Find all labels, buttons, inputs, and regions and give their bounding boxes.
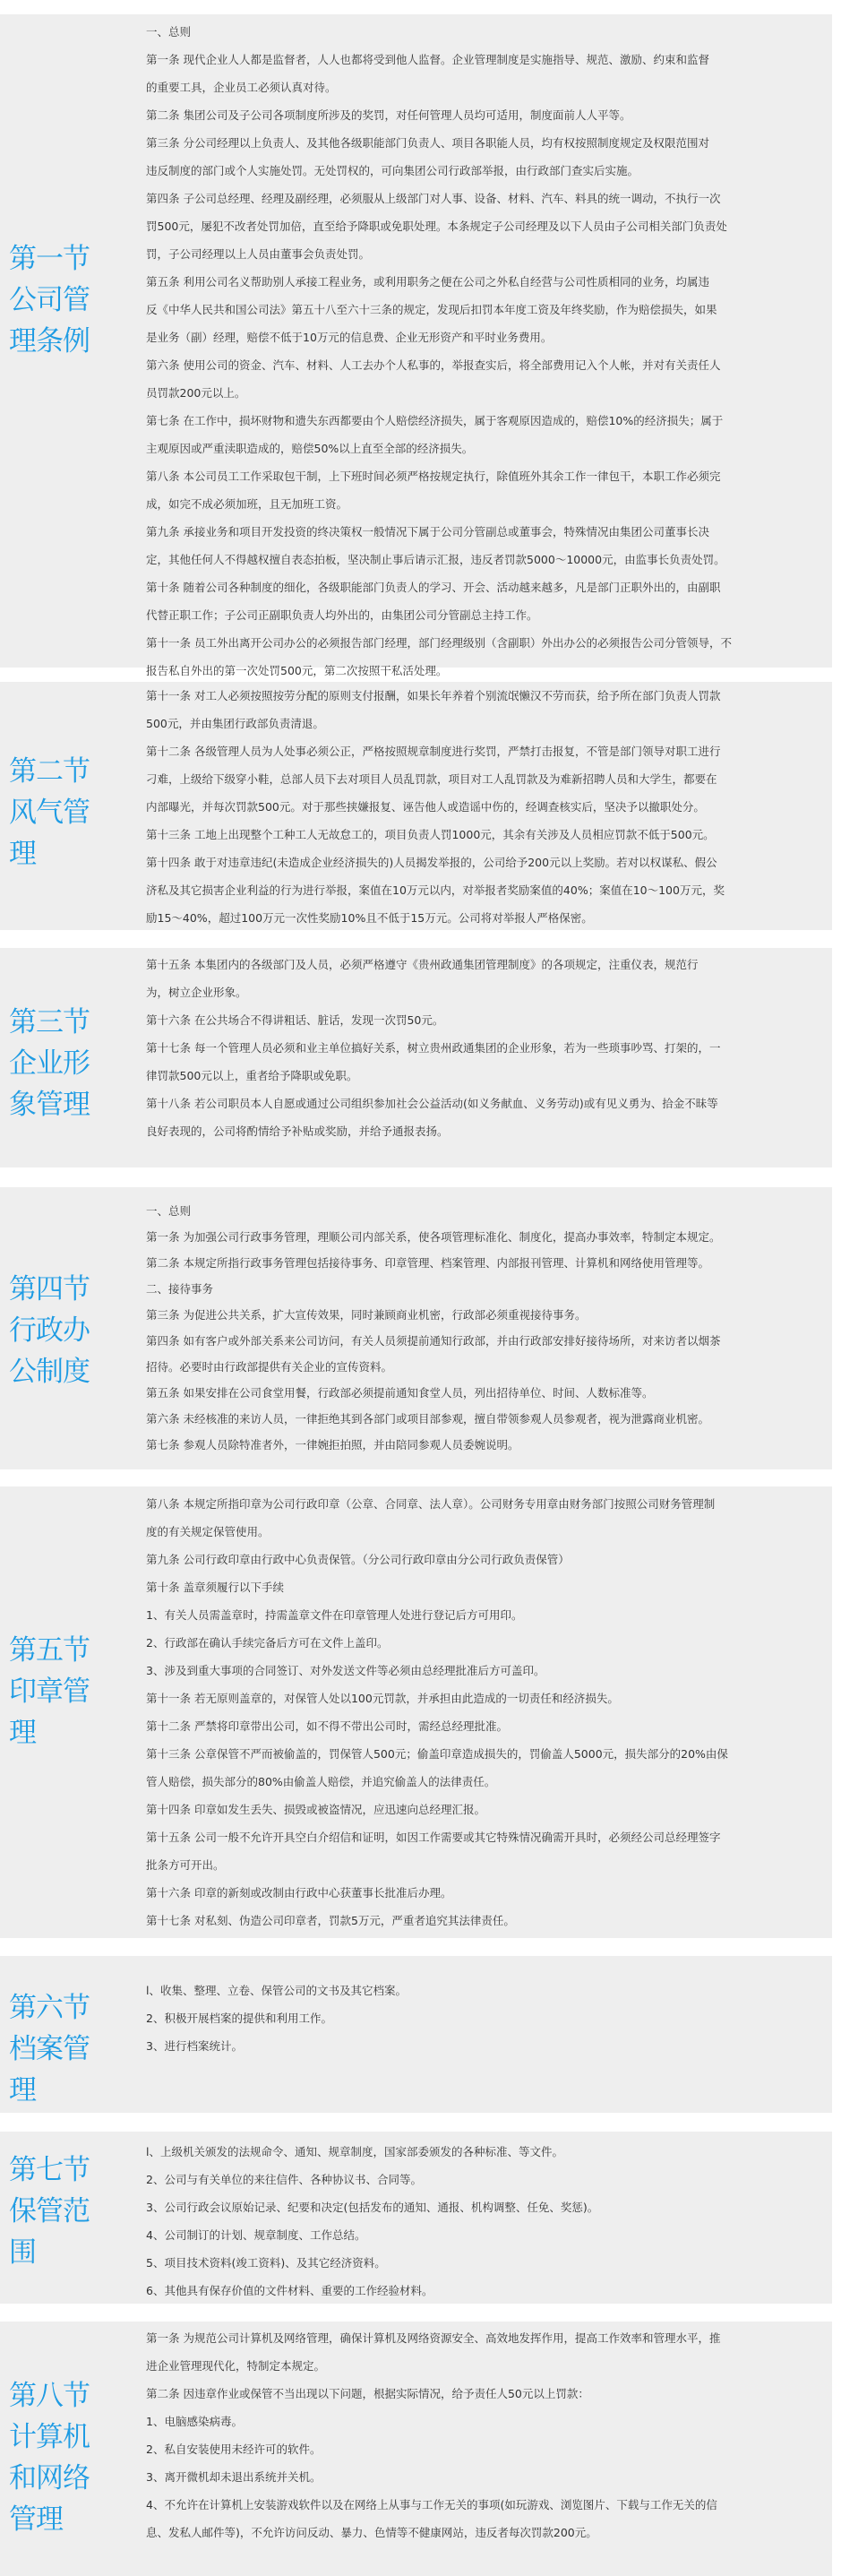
section-company-management: 第一节 公司管 理条例 一、总则第一条 现代企业人人都是监督者，人人也都将受到他… (0, 14, 832, 668)
text-line: 第二条 本规定所指行政事务管理包括接待事务、印章管理、档案管理、内部报刊管理、计… (146, 1250, 802, 1276)
text-line: 律罚款500元以上，重者给予降职或免职。 (146, 1062, 802, 1090)
title-line: 公司管 (9, 280, 134, 321)
title-line: 象管理 (9, 1084, 134, 1125)
section-corporate-image: 第三节 企业形 象管理 第十五条 本集团内的各级部门及人员，必须严格遵守《贵州政… (0, 948, 832, 1167)
text-line: 第二条 因违章作业或保管不当出现以下问题，根据实际情况，给予责任人50元以上罚款… (146, 2380, 802, 2408)
text-line: 一、总则 (146, 18, 802, 46)
text-line: 的重要工具，企业员工必须认真对待。 (146, 73, 802, 101)
text-line: 刁难，上级给下级穿小鞋，总部人员下去对项目人员乱罚款，项目对工人乱罚款及为难新招… (146, 765, 802, 793)
section-body: 一、总则第一条 现代企业人人都是监督者，人人也都将受到他人监督。企业管理制度是实… (146, 18, 802, 685)
text-line: 第五条 利用公司名义帮助别人承接工程业务，或利用职务之便在公司之外私自经营与公司… (146, 268, 802, 296)
section-title: 第八节 计算机 和网络 管理 (9, 2375, 134, 2540)
section-conduct-management: 第二节 风气管 理 第十一条 对工人必须按照按劳分配的原则支付报酬，如果长年养着… (0, 682, 832, 930)
title-line: 公制度 (9, 1351, 134, 1392)
text-line: 第九条 公司行政印章由行政中心负责保管。（分公司行政印章由分公司行政负责保管） (146, 1546, 802, 1573)
section-title: 第一节 公司管 理条例 (9, 238, 134, 362)
text-line: 第十七条 每一个管理人员必须和业主单位搞好关系，树立贵州政通集团的企业形象，若为… (146, 1034, 802, 1062)
text-line: 第十六条 印章的新刻或改制由行政中心获董事长批准后办理。 (146, 1879, 802, 1907)
text-line: 第四条 子公司总经理、经理及副经理，必须服从上级部门对人事、设备、材料、汽车、料… (146, 185, 802, 212)
text-line: 第十三条 工地上出现整个工种工人无故怠工的，项目负责人罚1000元，其余有关涉及… (146, 821, 802, 849)
text-line: 3、离开微机却未退出系统并关机。 (146, 2463, 802, 2491)
text-line: 第十七条 对私刻、伪造公司印章者，罚款5万元，严重者追究其法律责任。 (146, 1907, 802, 1934)
text-line: 管人赔偿，损失部分的80%由偷盖人赔偿，并追究偷盖人的法律责任。 (146, 1768, 802, 1796)
title-line: 第四节 (9, 1269, 134, 1310)
text-line: 2、行政部在确认手续完备后方可在文件上盖印。 (146, 1629, 802, 1657)
text-line: 第十一条 员工外出离开公司办公的必须报告部门经理，部门经理级别（含副职）外出办公… (146, 629, 802, 657)
section-administrative-office: 第四节 行政办 公制度 一、总则第一条 为加强公司行政事务管理，理顺公司内部关系… (0, 1187, 832, 1469)
title-line: 计算机 (9, 2417, 134, 2458)
title-line: 印章管 (9, 1671, 134, 1712)
section-body: 第一条 为规范公司计算机及网络管理，确保计算机及网络资源安全、高效地发挥作用，提… (146, 2324, 802, 2546)
section-computer-network: 第八节 计算机 和网络 管理 第一条 为规范公司计算机及网络管理，确保计算机及网… (0, 2322, 832, 2576)
title-line: 第三节 (9, 1002, 134, 1043)
text-line: 违反制度的部门或个人实施处罚。无处罚权的，可向集团公司行政部举报，由行政部门查实… (146, 157, 802, 185)
text-line: 第一条 为规范公司计算机及网络管理，确保计算机及网络资源安全、高效地发挥作用，提… (146, 2324, 802, 2352)
text-line: 报告私自外出的第一次处罚500元，第二次按照干私活处理。 (146, 657, 802, 685)
text-line: 4、公司制订的计划、规章制度、工作总结。 (146, 2221, 802, 2249)
section-body: 一、总则第一条 为加强公司行政事务管理，理顺公司内部关系，使各项管理标准化、制度… (146, 1198, 802, 1458)
section-body: 第十五条 本集团内的各级部门及人员，必须严格遵守《贵州政通集团管理制度》的各项规… (146, 951, 802, 1145)
title-line: 档案管 (9, 2029, 134, 2070)
text-line: 第八条 本公司员工工作采取包干制，上下班时间必须严格按规定执行，除值班外其余工作… (146, 462, 802, 490)
section-body: 第八条 本规定所指印章为公司行政印章（公章、合同章、法人章）。公司财务专用章由财… (146, 1490, 802, 1934)
section-custody-scope: 第七节 保管范 围 l、上级机关颁发的法规命令、通知、规章制度，国家部委颁发的各… (0, 2132, 832, 2304)
text-line: 批条方可开出。 (146, 1851, 802, 1879)
text-line: 1、电脑感染病毒。 (146, 2408, 802, 2435)
text-line: 第十二条 各级管理人员为人处事必须公正，严格按照规章制度进行奖罚，严禁打击报复，… (146, 737, 802, 765)
title-line: 第五节 (9, 1630, 134, 1671)
title-line: 围 (9, 2232, 134, 2273)
text-line: 500元，并由集团行政部负责清退。 (146, 710, 802, 737)
section-body: l、收集、整理、立卷、保管公司的文书及其它档案。2、积极开展档案的提供和利用工作… (146, 1977, 802, 2060)
text-line: 良好表现的，公司将酌情给予补贴或奖励，并给予通报表扬。 (146, 1117, 802, 1145)
text-line: 息、发私人邮件等)，不允许访问反动、暴力、色情等不健康网站，违反者每次罚款200… (146, 2519, 802, 2546)
title-line: 理 (9, 1712, 134, 1753)
text-line: 4、不允许在计算机上安装游戏软件以及在网络上从事与工作无关的事项(如玩游戏、浏览… (146, 2491, 802, 2519)
section-body: l、上级机关颁发的法规命令、通知、规章制度，国家部委颁发的各种标准、等文件。2、… (146, 2138, 802, 2305)
title-line: 和网络 (9, 2458, 134, 2499)
text-line: 第十条 随着公司各种制度的细化，各级职能部门负责人的学习、开会、活动越来越多，凡… (146, 573, 802, 601)
text-line: 3、进行档案统计。 (146, 2032, 802, 2060)
text-line: 第九条 承接业务和项目开发投资的终决策权一般情况下属于公司分管副总或董事会，特殊… (146, 518, 802, 546)
text-line: 成，如完不成必须加班，且无加班工资。 (146, 490, 802, 518)
text-line: 第一条 为加强公司行政事务管理，理顺公司内部关系，使各项管理标准化、制度化，提高… (146, 1224, 802, 1250)
text-line: 第十三条 公章保管不严而被偷盖的，罚保管人500元；偷盖印章造成损失的，罚偷盖人… (146, 1740, 802, 1768)
text-line: 第三条 分公司经理以上负责人、及其他各级职能部门负责人、项目各职能人员，均有权按… (146, 129, 802, 157)
text-line: 第八条 本规定所指印章为公司行政印章（公章、合同章、法人章）。公司财务专用章由财… (146, 1490, 802, 1518)
title-line: 第一节 (9, 238, 134, 280)
text-line: 招待。必要时由行政部提供有关企业的宣传资料。 (146, 1354, 802, 1380)
title-line: 行政办 (9, 1310, 134, 1351)
text-line: 反《中华人民共和国公司法》第五十八至六十三条的规定，发现后扣罚本年度工资及年终奖… (146, 296, 802, 323)
title-line: 管理 (9, 2499, 134, 2540)
text-line: l、上级机关颁发的法规命令、通知、规章制度，国家部委颁发的各种标准、等文件。 (146, 2138, 802, 2166)
section-title: 第三节 企业形 象管理 (9, 1002, 134, 1125)
title-line: 企业形 (9, 1043, 134, 1084)
text-line: 1、有关人员需盖章时，持需盖章文件在印章管理人处进行登记后方可用印。 (146, 1601, 802, 1629)
text-line: 3、涉及到重大事项的合同签订、对外发送文件等必须由总经理批准后方可盖印。 (146, 1657, 802, 1684)
text-line: 第十八条 若公司职员本人自愿或通过公司组织参加社会公益活动(如义务献血、义务劳动… (146, 1090, 802, 1117)
text-line: 主观原因或严重渎职造成的，赔偿50%以上直至全部的经济损失。 (146, 435, 802, 462)
text-line: 度的有关规定保管使用。 (146, 1518, 802, 1546)
text-line: 第六条 使用公司的资金、汽车、材料、人工去办个人私事的，举报查实后，将全部费用记… (146, 351, 802, 379)
text-line: 5、项目技术资料(竣工资料)、及其它经济资料。 (146, 2249, 802, 2277)
text-line: 第三条 为促进公共关系，扩大宣传效果，同时兼顾商业机密，行政部必须重视接待事务。 (146, 1302, 802, 1328)
section-title: 第四节 行政办 公制度 (9, 1269, 134, 1392)
text-line: 进企业管理现代化，特制定本规定。 (146, 2352, 802, 2380)
text-line: 二、接待事务 (146, 1276, 802, 1302)
text-line: 为，树立企业形象。 (146, 978, 802, 1006)
title-line: 理 (9, 2070, 134, 2111)
text-line: 第一条 现代企业人人都是监督者，人人也都将受到他人监督。企业管理制度是实施指导、… (146, 46, 802, 73)
text-line: l、收集、整理、立卷、保管公司的文书及其它档案。 (146, 1977, 802, 2004)
text-line: 第十六条 在公共场合不得讲粗话、脏话，发现一次罚50元。 (146, 1006, 802, 1034)
text-line: 第四条 如有客户或外部关系来公司访问，有关人员须提前通知行政部，并由行政部安排好… (146, 1328, 802, 1354)
text-line: 第十二条 严禁将印章带出公司，如不得不带出公司时，需经总经理批准。 (146, 1712, 802, 1740)
text-line: 一、总则 (146, 1198, 802, 1224)
text-line: 第二条 集团公司及子公司各项制度所涉及的奖罚，对任何管理人员均可适用，制度面前人… (146, 101, 802, 129)
title-line: 第六节 (9, 1987, 134, 2029)
text-line: 第十四条 敢于对违章违纪(未造成企业经济损失的)人员揭发举报的，公司给予200元… (146, 849, 802, 876)
text-line: 第六条 未经核准的来访人员，一律拒绝其到各部门或项目部参观，擅自带领参观人员参观… (146, 1406, 802, 1432)
text-line: 第十四条 印章如发生丢失、损毁或被盗情况，应迅速向总经理汇报。 (146, 1796, 802, 1823)
text-line: 第十一条 对工人必须按照按劳分配的原则支付报酬，如果长年养着个别流氓懒汉不劳而获… (146, 682, 802, 710)
section-title: 第五节 印章管 理 (9, 1630, 134, 1753)
text-line: 2、积极开展档案的提供和利用工作。 (146, 2004, 802, 2032)
text-line: 第十一条 若无原则盖章的，对保管人处以100元罚款，并承担由此造成的一切责任和经… (146, 1684, 802, 1712)
text-line: 6、其他具有保存价值的文件材料、重要的工作经验材料。 (146, 2277, 802, 2305)
text-line: 第十五条 公司一般不允许开具空白介绍信和证明，如因工作需要或其它特殊情况确需开具… (146, 1823, 802, 1851)
text-line: 员罚款200元以上。 (146, 379, 802, 407)
text-line: 第五条 如果安排在公司食堂用餐，行政部必须提前通知食堂人员，列出招待单位、时间、… (146, 1380, 802, 1406)
title-line: 保管范 (9, 2191, 134, 2232)
text-line: 第七条 参观人员除特准者外，一律婉拒拍照，并由陪同参观人员委婉说明。 (146, 1432, 802, 1458)
text-line: 励15～40%，超过100万元一次性奖励10%且不低于15万元。公司将对举报人严… (146, 904, 802, 932)
title-line: 理条例 (9, 321, 134, 362)
section-body: 第十一条 对工人必须按照按劳分配的原则支付报酬，如果长年养着个别流氓懒汉不劳而获… (146, 682, 802, 932)
title-line: 第七节 (9, 2150, 134, 2191)
text-line: 代替正职工作；子公司正副职负责人均外出的，由集团公司分管副总主持工作。 (146, 601, 802, 629)
text-line: 是业务（副）经理，赔偿不低于10万元的信息费、企业无形资产和平时业务费用。 (146, 323, 802, 351)
text-line: 内部曝光，并每次罚款500元。对于那些挟嫌报复、诬告他人或造谣中伤的，经调查核实… (146, 793, 802, 821)
section-title: 第二节 风气管 理 (9, 751, 134, 874)
text-line: 罚，子公司经理以上人员由董事会负责处罚。 (146, 240, 802, 268)
text-line: 2、公司与有关单位的来往信件、各种协议书、合同等。 (146, 2166, 802, 2193)
text-line: 罚500元，屡犯不改者处罚加倍，直至给予降职或免职处理。本条规定子公司经理及以下… (146, 212, 802, 240)
section-archive-management: 第六节 档案管 理 l、收集、整理、立卷、保管公司的文书及其它档案。2、积极开展… (0, 1956, 832, 2113)
text-line: 定，其他任何人不得越权擅自表态拍板，坚决制止事后请示汇报，违反者罚款5000～1… (146, 546, 802, 573)
text-line: 第十条 盖章须履行以下手续 (146, 1573, 802, 1601)
text-line: 3、公司行政会议原始记录、纪要和决定(包括发布的通知、通报、机构调整、任免、奖惩… (146, 2193, 802, 2221)
title-line: 理 (9, 833, 134, 874)
text-line: 第十五条 本集团内的各级部门及人员，必须严格遵守《贵州政通集团管理制度》的各项规… (146, 951, 802, 978)
section-seal-management: 第五节 印章管 理 第八条 本规定所指印章为公司行政印章（公章、合同章、法人章）… (0, 1486, 832, 1938)
text-line: 第七条 在工作中，损坏财物和遗失东西都要由个人赔偿经济损失，属于客观原因造成的，… (146, 407, 802, 435)
title-line: 第二节 (9, 751, 134, 792)
title-line: 风气管 (9, 792, 134, 833)
section-title: 第七节 保管范 围 (9, 2150, 134, 2273)
text-line: 济私及其它损害企业利益的行为进行举报，案值在10万元以内，对举报者奖励案值的40… (146, 876, 802, 904)
title-line: 第八节 (9, 2375, 134, 2417)
text-line: 2、私自安装使用未经许可的软件。 (146, 2435, 802, 2463)
section-title: 第六节 档案管 理 (9, 1987, 134, 2111)
